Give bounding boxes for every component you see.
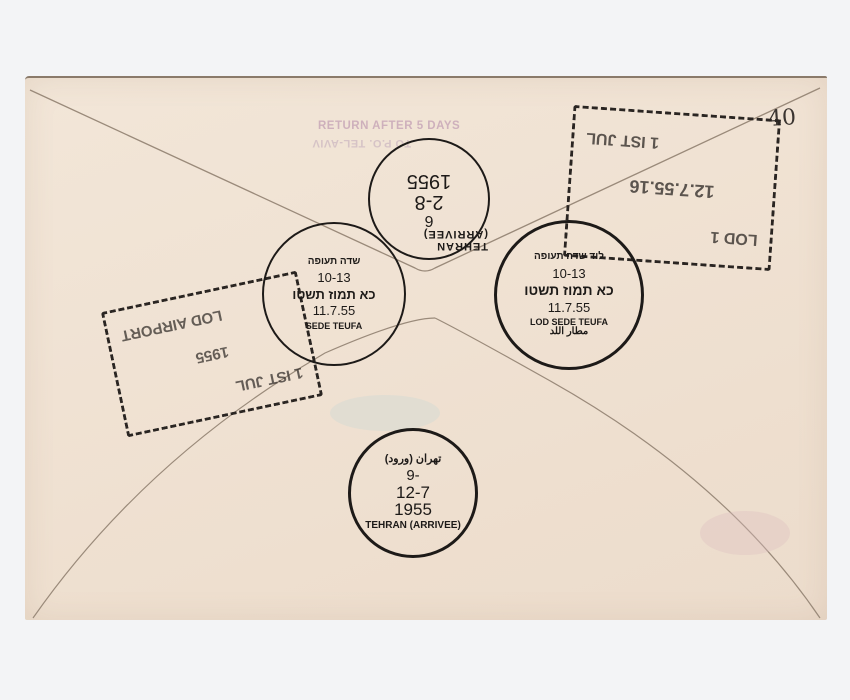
box-right-line2: 12.7.55.16 [582,171,761,204]
sede-left-time: 10-13 [317,271,350,285]
sede-right-date: 11.7.55 [548,301,590,315]
sede-right-time: 10-13 [552,267,585,281]
sede-right-hebrew-date: כא תמוז תשטו [524,283,614,298]
sede-right-rim-hebrew: לוד שדה תעופה [534,252,604,263]
sede-left-hebrew-date: כא תמוז תשטו [292,288,375,302]
tehran-bottom-line2: 12-7 [396,484,430,502]
tehran-bottom-line3: 1955 [394,501,432,519]
sede-left-date: 11.7.55 [313,304,355,318]
postmark-tehran-top: 6 2-8 1955 TEHRAN (ARRIVEE) [368,138,490,260]
sede-right-rim-arabic: مطار اللد [550,327,589,338]
tehran-top-line2: 2-8 [415,191,444,212]
sede-left-rim-latin: SEDE TEUFA [306,322,363,331]
postmark-sede-teufa-right: לוד שדה תעופה 10-13 כא תמוז תשטו 11.7.55… [494,220,644,370]
box-right-line3: 1 IST JUL [586,128,765,158]
tehran-bottom-line1: 9- [406,468,419,484]
tehran-top-line3: 1955 [407,170,452,191]
return-cachet-line1: RETURN AFTER 5 DAYS [318,120,460,132]
tehran-bottom-rim: TEHRAN (ARRIVEE) [365,521,461,532]
tehran-top-line1: 6 [425,212,434,229]
postmark-sede-teufa-left: שדה תעופה 10-13 כא תמוז תשטו 11.7.55 SED… [262,222,406,366]
postmark-tehran-bottom: تهران (ورود) 9- 12-7 1955 TEHRAN (ARRIVE… [348,428,478,558]
sede-left-rim-hebrew: שדה תעופה [308,257,361,268]
tehran-bottom-rim-farsi: تهران (ورود) [385,454,442,466]
